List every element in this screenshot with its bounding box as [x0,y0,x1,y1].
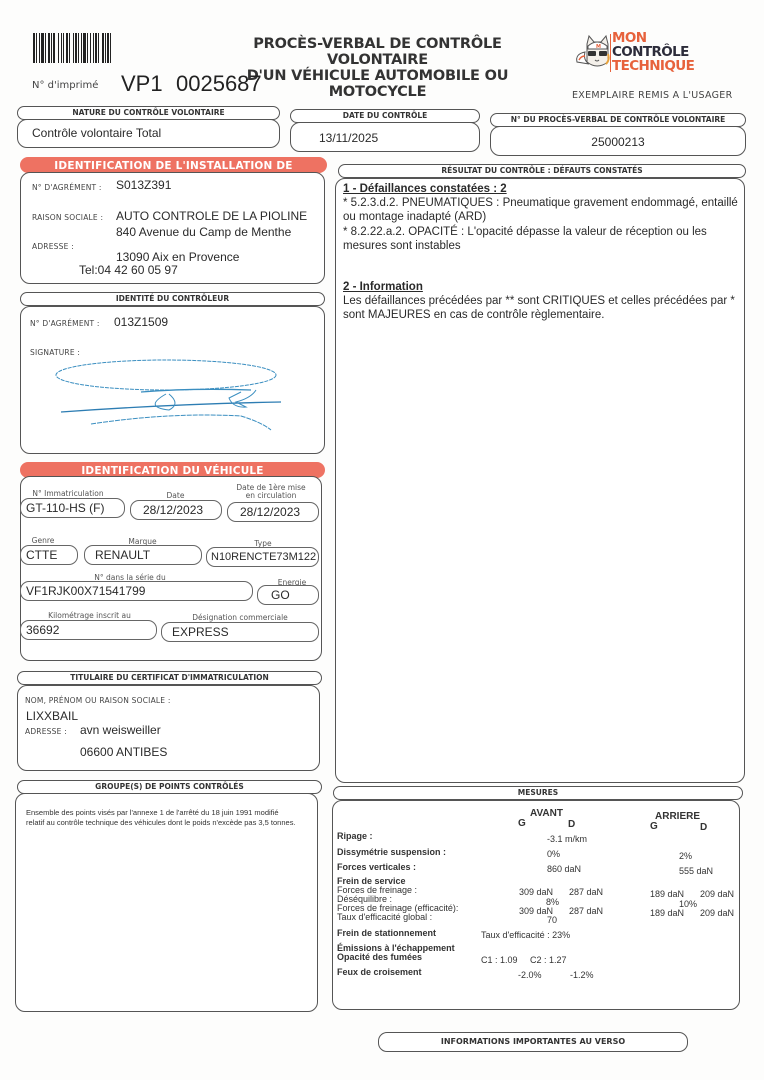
immat-field: GT-110-HS (F) [20,498,125,518]
avant-g: G [518,819,526,829]
dissymetrie-avant: 0% [547,849,560,859]
titulaire-nom-value: LIXXBAIL [26,709,78,723]
ffe-arriere-g: 189 daN [650,908,684,918]
ffe-arriere-d: 209 daN [700,908,734,918]
signature-scribble-icon [51,352,301,437]
frein-stationnement-label: Frein de stationnement [337,928,436,938]
avant-d: D [568,820,575,830]
opacite-c2: C2 : 1.27 [530,955,567,965]
designation-field: EXPRESS [161,622,319,642]
frein-stationnement-value: Taux d'efficacité : 23% [481,930,570,940]
titulaire-header: TITULAIRE DU CERTIFICAT D'IMMATRICULATIO… [17,671,322,685]
date-circulation-label-line2: en circulation [236,492,306,500]
forces-verticales-avant: 860 daN [547,864,581,874]
installation-tel: Tel:04 42 60 05 97 [79,263,178,277]
ripage-value: -3.1 m/km [547,834,587,844]
imprime-prefix: VP1 [121,71,163,97]
fox-mascot-icon: M [575,34,611,74]
raison-sociale-label: RAISON SOCIALE : [32,213,103,222]
barcode [33,33,168,63]
kilometrage-field: 36692 [20,620,157,640]
resultat-box: 1 - Défaillances constatées : 2 * 5.2.3.… [335,178,745,783]
logo-line-1: MON [612,31,694,45]
verso-banner: INFORMATIONS IMPORTANTES AU VERSO [378,1032,688,1052]
genre-field: CTTE [20,545,78,565]
installation-agrement-value: S013Z391 [116,178,171,192]
date-box: 13/11/2025 [290,122,480,152]
logo-line-2: CONTRÔLE [612,45,694,59]
taux-global-label: Taux d'efficacité global : [337,912,432,922]
forces-verticales-arriere: 555 daN [679,866,713,876]
avant-header: AVANT [530,809,563,819]
exemplaire-label: EXEMPLAIRE REMIS A L'USAGER [572,90,733,101]
installation-address-line2: 13090 Aix en Provence [116,250,239,264]
svg-text:M: M [596,44,601,50]
defaillances-title: 1 - Défaillances constatées : 2 [343,182,507,196]
opacite-label: Opacité des fumées [337,952,422,962]
ff-arriere-d: 209 daN [700,889,734,899]
taux-global-value: 70 [547,915,557,925]
feux-croisement-d: -1.2% [570,970,594,980]
date-circulation-label: Date de 1ère mise en circulation [236,484,306,500]
information-title: 2 - Information [343,280,423,294]
controleur-agrement-label: N° D'AGRÉMENT : [30,319,100,328]
installation-box: N° D'AGRÉMENT : S013Z391 RAISON SOCIALE … [20,172,325,284]
logo-text: MON CONTRÔLE TECHNIQUE [612,31,694,73]
opacite-c1: C1 : 1.09 [481,955,518,965]
installation-adresse-label: ADRESSE : [32,242,74,251]
feux-croisement-g: -2.0% [518,970,542,980]
titulaire-nom-label: NOM, PRÉNOM OU RAISON SOCIALE : [25,696,171,705]
nature-value: Contrôle volontaire Total [32,126,161,140]
immat-label: N° Immatriculation [22,490,114,498]
serie-field: VF1RJK00X71541799 [20,581,253,601]
date-header: DATE DU CONTRÔLE [290,109,480,123]
imprime-number: 0025687 [176,71,262,97]
nature-header: NATURE DU CONTRÔLE VOLONTAIRE [17,106,280,120]
arriere-header: ARRIERE [655,812,700,822]
energie-field: GO [257,585,319,605]
designation-label: Désignation commerciale [190,614,290,622]
type-field: N10RENCTE73M122 [206,547,319,567]
information-text: Les défaillances précédées par ** sont C… [343,294,738,322]
arriere-d: D [700,823,707,833]
ff-avant-d: 287 daN [569,887,603,897]
dissymetrie-label: Dissymétrie suspension : [337,847,446,857]
ff-avant-g: 309 daN [519,887,553,897]
pv-header: N° DU PROCÈS-VERBAL DE CONTRÔLE VOLONTAI… [490,113,746,127]
marque-field: RENAULT [84,545,202,565]
resultat-header: RÉSULTAT DU CONTRÔLE : DÉFAUTS CONSTATÉS [338,164,746,178]
installation-agrement-label: N° D'AGRÉMENT : [32,183,102,192]
nature-box: Contrôle volontaire Total [17,119,280,148]
titulaire-box: NOM, PRÉNOM OU RAISON SOCIALE : LIXXBAIL… [17,685,320,771]
groupes-box: Ensemble des points visés par l'annexe 1… [15,793,318,1012]
pv-value: 25000213 [491,135,745,149]
arriere-g: G [650,822,658,832]
mesures-header: MESURES [333,786,743,800]
raison-sociale-value: AUTO CONTROLE DE LA PIOLINE [116,209,307,223]
date-value: 13/11/2025 [319,131,378,145]
controleur-agrement-value: 013Z1509 [114,315,168,329]
pv-box: 25000213 [490,126,746,156]
groupes-text: Ensemble des points visés par l'annexe 1… [26,808,296,827]
forces-verticales-label: Forces verticales : [337,862,416,872]
titulaire-address-line2: 06600 ANTIBES [80,745,167,759]
logo-line-3: TECHNIQUE [612,59,694,73]
controleur-header: IDENTITÉ DU CONTRÔLEUR [20,292,325,306]
feux-croisement-label: Feux de croisement [337,967,422,977]
ffe-avant-d: 287 daN [569,906,603,916]
titulaire-address-line1: avn weisweiller [80,723,161,737]
logo-divider [610,34,611,72]
groupes-header: GROUPE(S) DE POINTS CONTRÔLÉS [17,780,322,794]
defect-item: * 5.2.3.d.2. PNEUMATIQUES : Pneumatique … [343,196,738,224]
installation-address-line1: 840 Avenue du Camp de Menthe [116,225,291,239]
controleur-box: N° D'AGRÉMENT : 013Z1509 SIGNATURE : [20,306,325,454]
imprime-label: N° d'imprimé [32,80,98,91]
genre-label: Genre [28,537,58,545]
title-line-1: PROCÈS-VERBAL DE CONTRÔLE VOLONTAIRE [205,36,550,68]
date-circulation-field: 28/12/2023 [227,502,319,522]
installation-header: IDENTIFICATION DE L'INSTALLATION DE CONT… [20,157,327,173]
titulaire-adresse-label: ADRESSE : [25,727,67,736]
dissymetrie-arriere: 2% [679,851,692,861]
ff-arriere-g: 189 daN [650,889,684,899]
date-immat-field: 28/12/2023 [130,500,222,520]
ripage-label: Ripage : [337,831,373,841]
defect-item: * 8.2.22.a.2. OPACITÉ : L'opacité dépass… [343,225,738,253]
